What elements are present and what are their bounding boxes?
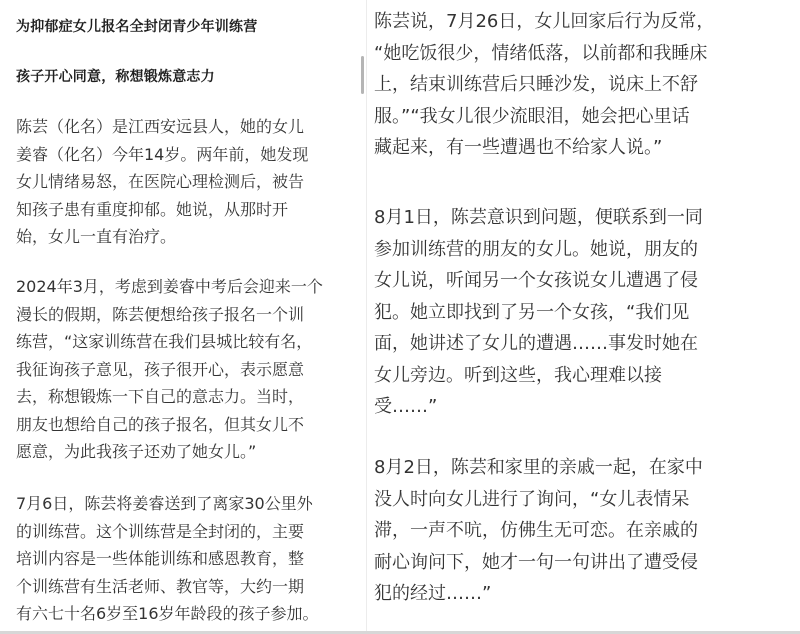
text-line: 面，她讲述了女儿的遭遇……事发时她在 <box>374 328 774 360</box>
text-line: 参加训练营的朋友的女儿。她说，朋友的 <box>374 234 774 266</box>
text-line: 2024年3月，考虑到姜睿中考后会迎来一个 <box>16 273 356 301</box>
text-line: 始，女儿一直有治疗。 <box>16 223 356 251</box>
text-line: 个训练营有生活老师、教官等，大约一期 <box>16 573 356 601</box>
text-line: 练营，“这家训练营在我们县城比较有名， <box>16 328 356 356</box>
right-paragraph-2: 8月1日，陈芸意识到问题，便联系到一同 参加训练营的朋友的女儿。她说，朋友的 女… <box>374 202 774 423</box>
text-line: 犯。她立即找到了另一个女孩，“我们见 <box>374 297 774 329</box>
text-line: 朋友也想给自己的孩子报名，但其女儿不 <box>16 411 356 439</box>
text-line: 去，称想锻炼一下自己的意志力。当时， <box>16 383 356 411</box>
text-line: 姜睿（化名）今年14岁。两年前，她发现 <box>16 141 356 169</box>
left-paragraph-1: 陈芸（化名）是江西安远县人，她的女儿 姜睿（化名）今年14岁。两年前，她发现 女… <box>16 113 356 251</box>
article-subheadline: 孩子开心同意，称想锻炼意志力 <box>16 66 215 86</box>
right-article-panel[interactable]: 陈芸说，7月26日，女儿回家后行为反常， “她吃饭很少，情绪低落，以前都和我睡床… <box>372 0 800 634</box>
text-line: 耐心询问下，她才一句一句讲出了遭受侵 <box>374 547 774 579</box>
text-line: 女儿情绪易怒，在医院心理检测后，被告 <box>16 168 356 196</box>
text-line: 知孩子患有重度抑郁。她说，从那时开 <box>16 196 356 224</box>
text-line: 女儿说，听闻另一个女孩说女儿遭遇了侵 <box>374 265 774 297</box>
text-line: 犯的经过……” <box>374 578 774 610</box>
text-line: 漫长的假期，陈芸便想给孩子报名一个训 <box>16 301 356 329</box>
text-line: 有六七十名6岁至16岁年龄段的孩子参加。 <box>16 600 356 628</box>
text-line: 8月2日，陈芸和家里的亲戚一起，在家中 <box>374 452 774 484</box>
text-line: 7月6日，陈芸将姜睿送到了离家30公里外 <box>16 490 356 518</box>
text-line: 藏起来，有一些遭遇也不给家人说。” <box>374 132 774 164</box>
text-line: 女儿旁边。听到这些，我心理难以接 <box>374 360 774 392</box>
text-line: 陈芸（化名）是江西安远县人，她的女儿 <box>16 113 356 141</box>
left-paragraph-2: 2024年3月，考虑到姜睿中考后会迎来一个 漫长的假期，陈芸便想给孩子报名一个训… <box>16 273 356 466</box>
text-line: 我征询孩子意见，孩子很开心，表示愿意 <box>16 356 356 384</box>
text-line: 受……” <box>374 391 774 423</box>
text-line: 培训内容是一些体能训练和感恩教育，整 <box>16 545 356 573</box>
left-paragraph-3: 7月6日，陈芸将姜睿送到了离家30公里外 的训练营。这个训练营是全封闭的，主要 … <box>16 490 356 628</box>
left-article-panel[interactable]: 为抑郁症女儿报名全封闭青少年训练营 孩子开心同意，称想锻炼意志力 陈芸（化名）是… <box>0 0 367 634</box>
text-line: 上，结束训练营后只睡沙发，说床上不舒 <box>374 69 774 101</box>
text-line: 8月1日，陈芸意识到问题，便联系到一同 <box>374 202 774 234</box>
text-line: 愿意，为此我孩子还劝了她女儿。” <box>16 438 356 466</box>
right-paragraph-1: 陈芸说，7月26日，女儿回家后行为反常， “她吃饭很少，情绪低落，以前都和我睡床… <box>374 6 774 164</box>
text-line: 服。”“我女儿很少流眼泪，她会把心里话 <box>374 101 774 133</box>
text-line: 滞，一声不吭，仿佛生无可恋。在亲戚的 <box>374 515 774 547</box>
text-line: 的训练营。这个训练营是全封闭的，主要 <box>16 518 356 546</box>
text-line: 没人时向女儿进行了询问，“女儿表情呆 <box>374 484 774 516</box>
right-paragraph-3: 8月2日，陈芸和家里的亲戚一起，在家中 没人时向女儿进行了询问，“女儿表情呆 滞… <box>374 452 774 610</box>
article-headline: 为抑郁症女儿报名全封闭青少年训练营 <box>16 16 257 36</box>
text-line: 陈芸说，7月26日，女儿回家后行为反常， <box>374 6 774 38</box>
text-line: “她吃饭很少，情绪低落，以前都和我睡床 <box>374 38 774 70</box>
scrollbar-thumb[interactable] <box>361 56 364 94</box>
